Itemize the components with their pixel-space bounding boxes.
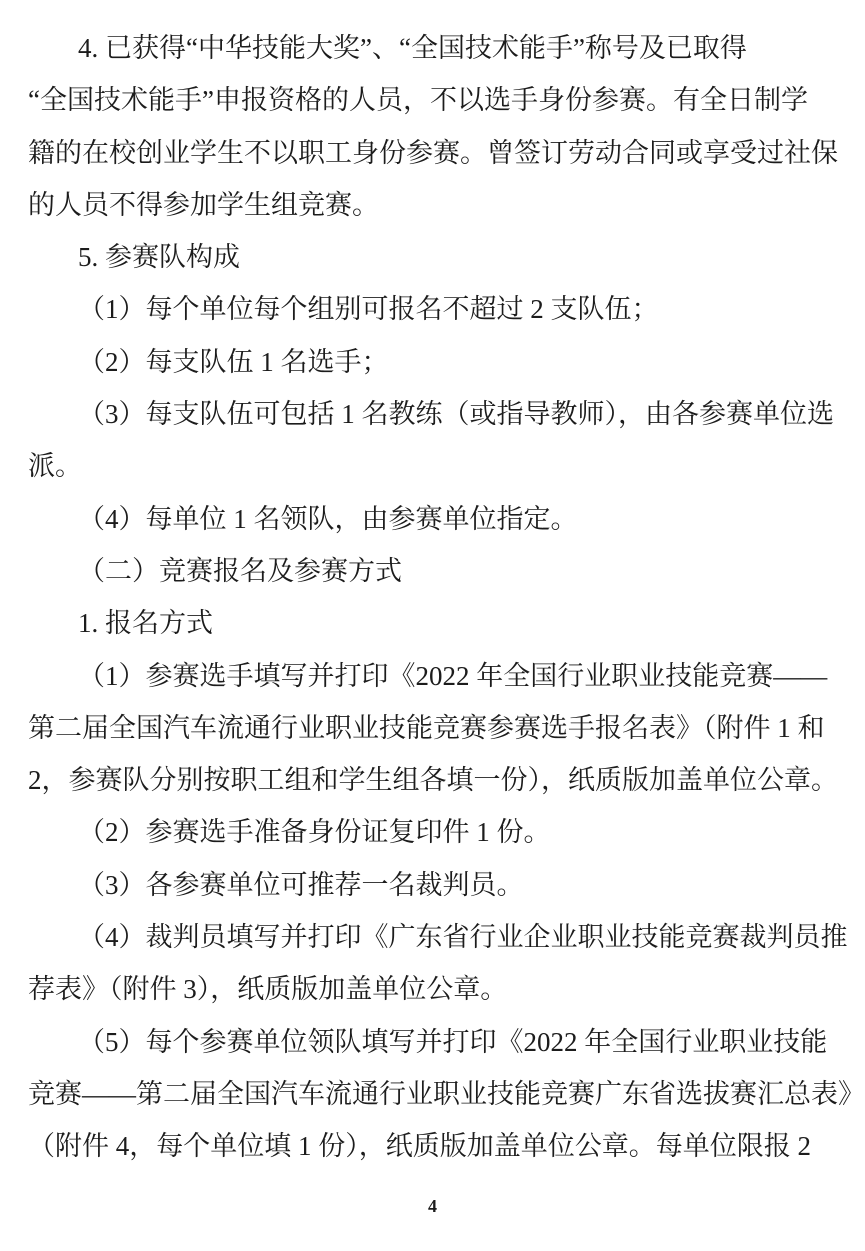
text-line: （3）每支队伍可包括 1 名教练（或指导教师），由各参赛单位选 [28,388,840,440]
text-line: （5）每个参赛单位领队填写并打印《2022 年全国行业职业技能 [28,1016,840,1068]
text-line: （2）参赛选手准备身份证复印件 1 份。 [28,806,840,858]
text-line: 第二届全国汽车流通行业职业技能竞赛参赛选手报名表》（附件 1 和 [28,702,840,754]
text-line: 荐表》（附件 3），纸质版加盖单位公章。 [28,963,840,1015]
text-line: 4. 已获得“中华技能大奖”、“全国技术能手”称号及已取得 [28,22,840,74]
text-line: 竞赛——第二届全国汽车流通行业职业技能竞赛广东省选拔赛汇总表》 [28,1068,840,1120]
document-body: 4. 已获得“中华技能大奖”、“全国技术能手”称号及已取得 “全国技术能手”申报… [28,22,840,1173]
text-line: 1. 报名方式 [28,597,840,649]
text-line: （4）每单位 1 名领队，由参赛单位指定。 [28,493,840,545]
document-page: 4. 已获得“中华技能大奖”、“全国技术能手”称号及已取得 “全国技术能手”申报… [0,0,865,1251]
text-line: （4）裁判员填写并打印《广东省行业企业职业技能竞赛裁判员推 [28,911,840,963]
text-line: 的人员不得参加学生组竞赛。 [28,179,840,231]
text-line: 2，参赛队分别按职工组和学生组各填一份），纸质版加盖单位公章。 [28,754,840,806]
text-line: （二）竞赛报名及参赛方式 [28,545,840,597]
page-number: 4 [0,1196,865,1217]
text-line: （1）参赛选手填写并打印《2022 年全国行业职业技能竞赛—— [28,650,840,702]
text-line: （1）每个单位每个组别可报名不超过 2 支队伍； [28,283,840,335]
text-line: （附件 4，每个单位填 1 份），纸质版加盖单位公章。每单位限报 2 [28,1120,840,1172]
text-line: “全国技术能手”申报资格的人员，不以选手身份参赛。有全日制学 [28,74,840,126]
text-line: （2）每支队伍 1 名选手； [28,336,840,388]
text-line: 籍的在校创业学生不以职工身份参赛。曾签订劳动合同或享受过社保 [28,127,840,179]
text-line: （3）各参赛单位可推荐一名裁判员。 [28,859,840,911]
text-line: 5. 参赛队构成 [28,231,840,283]
text-line: 派。 [28,440,840,492]
